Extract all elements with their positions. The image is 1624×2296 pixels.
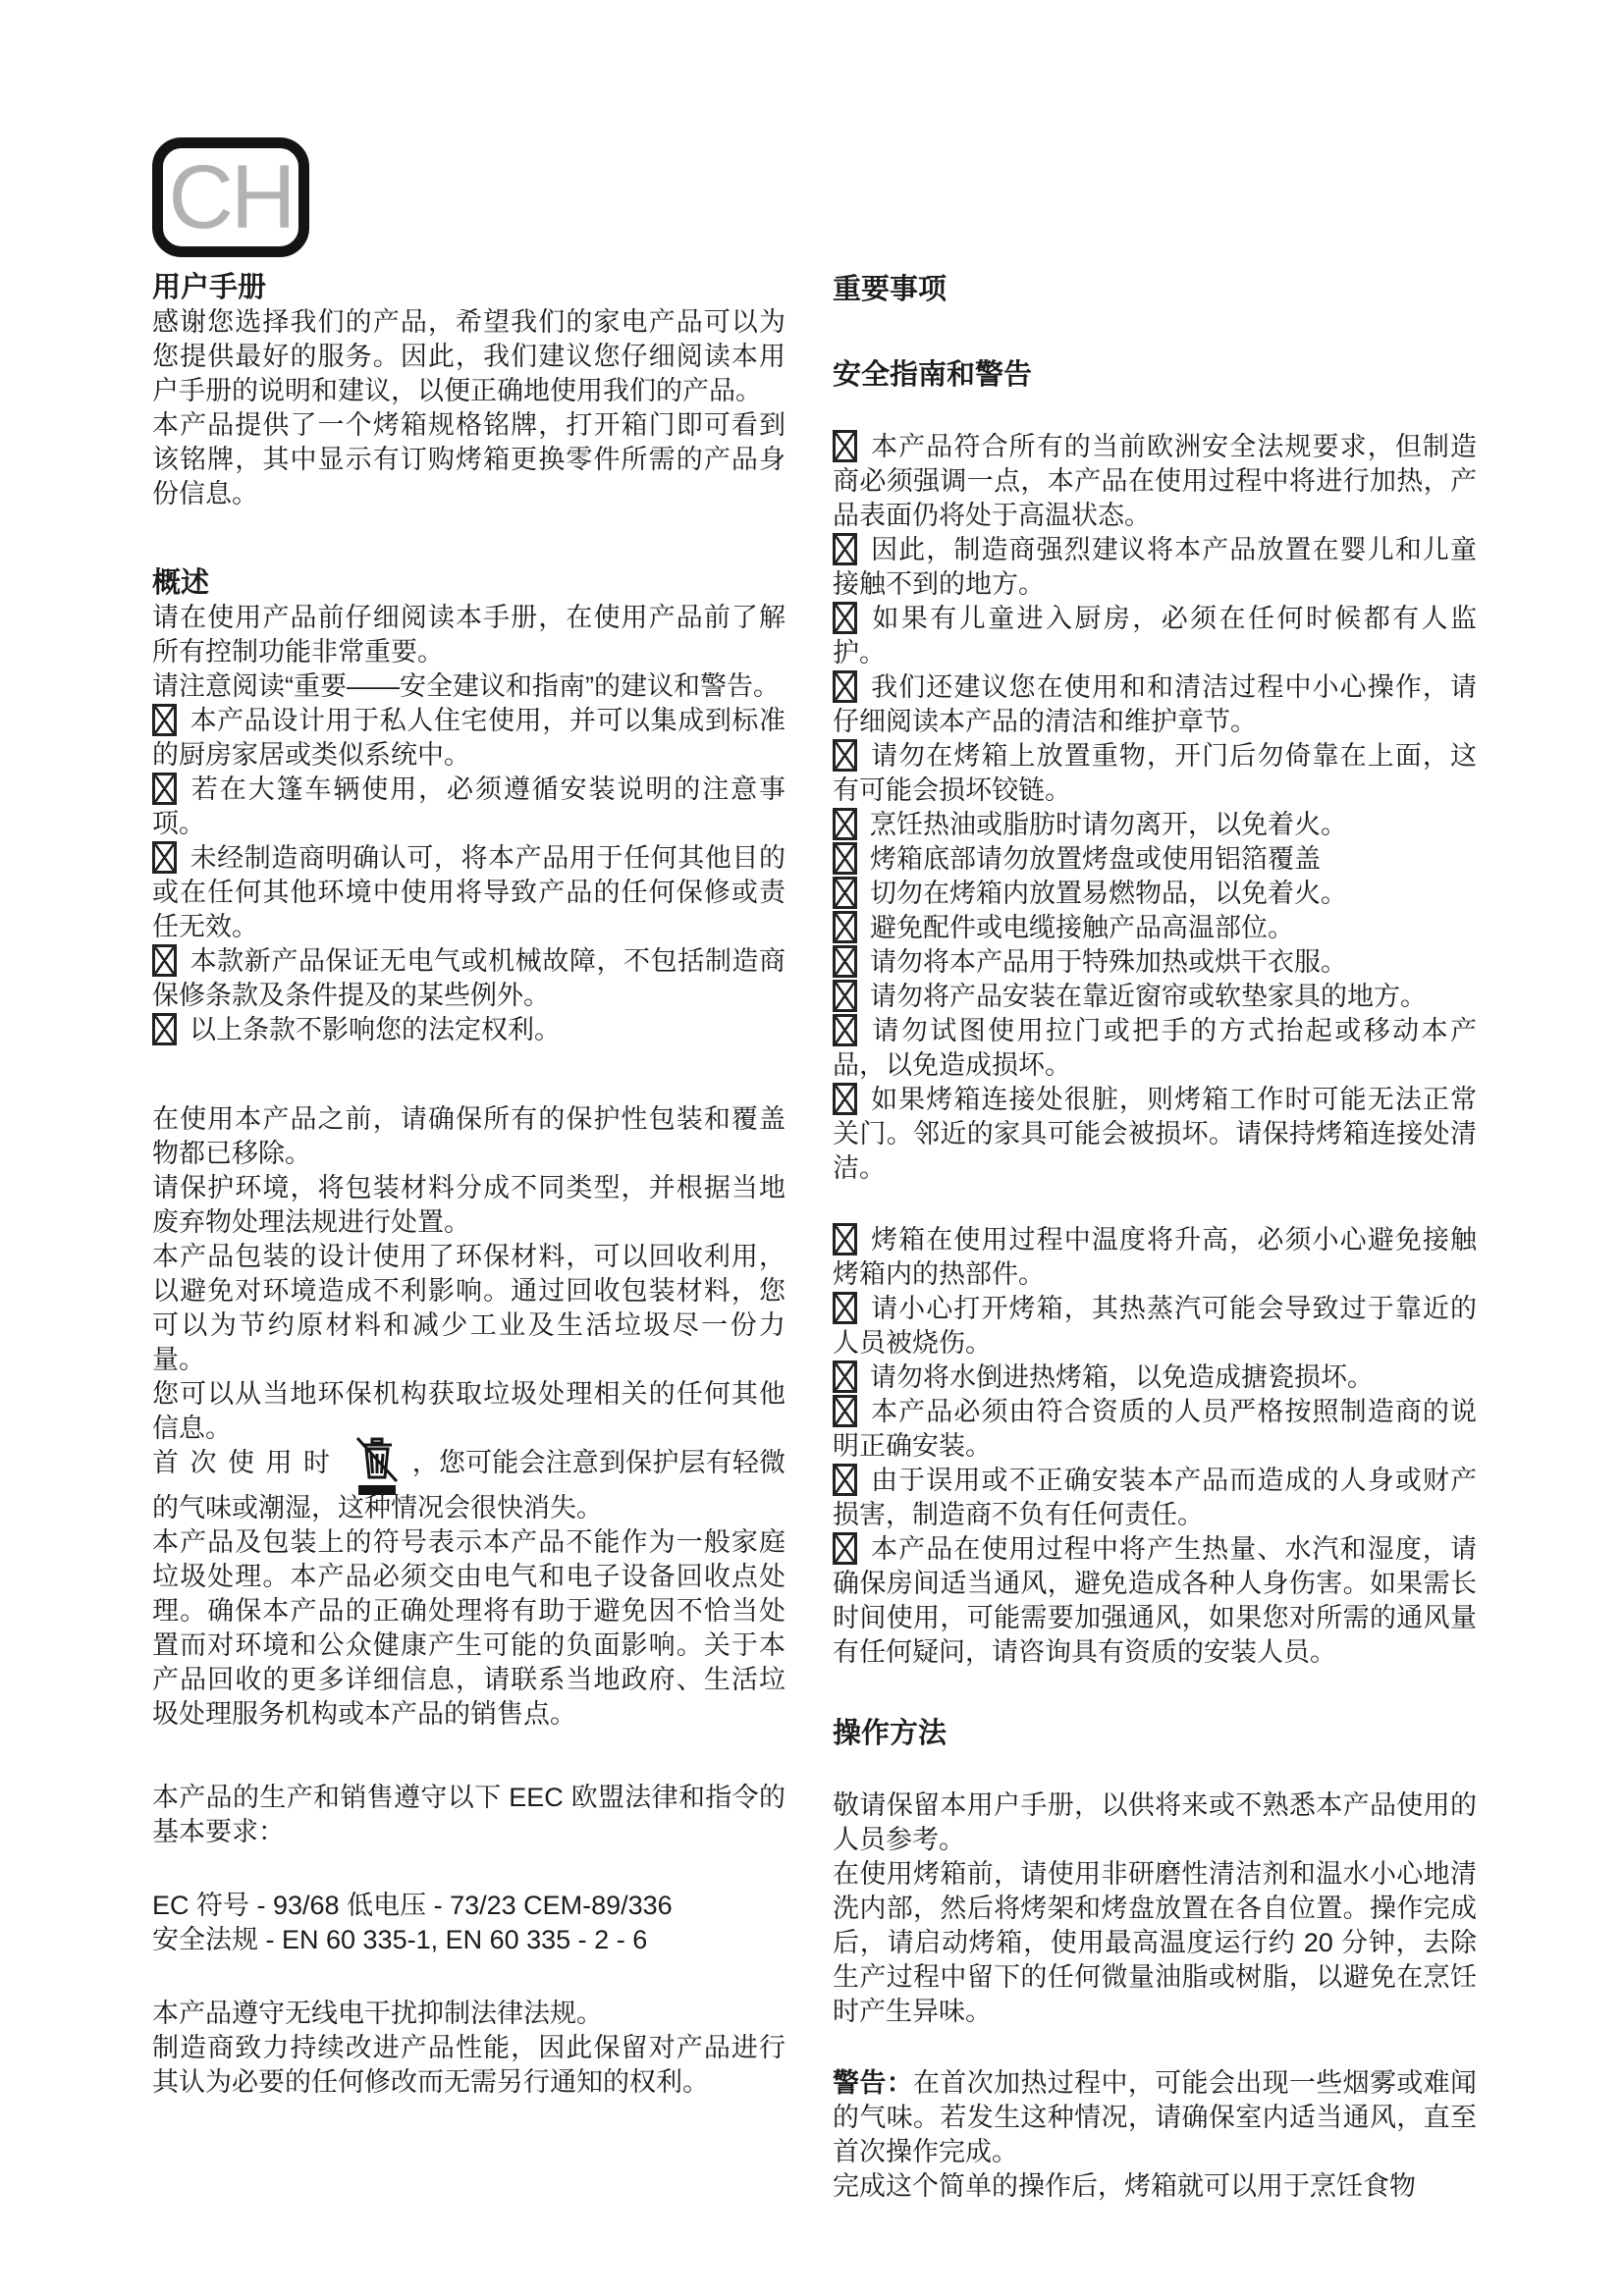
right-column: 重要事项 安全指南和警告 本产品符合所有的当前欧洲安全法规要求，但制造商必须强调…	[833, 0, 1477, 2204]
list-item: 请勿试图使用拉门或把手的方式抬起或移动本产品，以免造成损坏。	[833, 1014, 1477, 1083]
ballot-box-x-icon	[833, 739, 857, 772]
ballot-box-x-icon	[152, 704, 177, 736]
ballot-box-x-icon	[833, 842, 857, 875]
list-item-text: 由于误用或不正确安装本产品而造成的人身或财产损害，制造商不负有任何责任。	[833, 1466, 1477, 1529]
ballot-box-x-icon	[833, 1532, 857, 1565]
ballot-box-x-icon	[152, 944, 177, 977]
list-item: 烹饪热油或脂肪时请勿离开，以免着火。	[833, 808, 1477, 842]
section-title-safety: 安全指南和警告	[833, 358, 1477, 393]
list-item: 请勿将产品安装在靠近窗帘或软垫家具的地方。	[833, 980, 1477, 1014]
section-title-important: 重要事项	[833, 273, 1477, 307]
section-title-operation: 操作方法	[833, 1717, 1477, 1751]
list-item: 以上条款不影响您的法定权利。	[152, 1013, 785, 1047]
ballot-box-x-icon	[152, 841, 177, 874]
environment-paragraph: 您可以从当地环保机构获取垃圾处理相关的任何其他信息。	[152, 1377, 785, 1446]
list-item-text: 以上条款不影响您的法定权利。	[189, 1015, 561, 1044]
weee-paragraph: 本产品及包装上的符号表示本产品不能作为一般家庭垃圾处理。本产品必须交由电气和电子…	[152, 1525, 785, 1732]
ch-language-badge: CH	[152, 137, 309, 257]
ballot-box-x-icon	[833, 1014, 857, 1046]
ballot-box-x-icon	[833, 430, 857, 462]
ballot-box-x-icon	[833, 1361, 857, 1393]
ballot-box-x-icon	[833, 1083, 857, 1115]
first-use-prefix: 首次使用时	[152, 1448, 342, 1477]
list-item: 请小心打开烤箱，其热蒸汽可能会导致过于靠近的人员被烧伤。	[833, 1292, 1477, 1361]
ballot-box-x-icon	[833, 1395, 857, 1427]
list-item-text: 本产品符合所有的当前欧洲安全法规要求，但制造商必须强调一点，本产品在使用过程中将…	[833, 432, 1477, 530]
overview-paragraph: 请注意阅读“重要——安全建议和指南”的建议和警告。	[152, 669, 785, 704]
directive-line: 安全法规 - EN 60 335-1, EN 60 335 - 2 - 6	[152, 1923, 785, 1957]
weee-crossed-bin-icon	[350, 1434, 405, 1499]
ballot-box-x-icon	[833, 945, 857, 978]
ballot-box-x-icon	[833, 808, 857, 840]
list-item-text: 未经制造商明确认可，将本产品用于任何其他目的或在任何其他环境中使用将导致产品的任…	[152, 843, 785, 941]
page-title: 用户手册	[152, 271, 785, 305]
ballot-box-x-icon	[152, 1013, 177, 1045]
operation-paragraph: 在使用烤箱前，请使用非研磨性清洁剂和温水小心地清洗内部，然后将烤架和烤盘放置在各…	[833, 1857, 1477, 2029]
list-item-text: 如果有儿童进入厨房，必须在任何时候都有人监护。	[833, 604, 1477, 667]
list-item-text: 本产品设计用于私人住宅使用，并可以集成到标准的厨房家居或类似系统中。	[152, 706, 785, 770]
ballot-box-x-icon	[833, 1292, 857, 1324]
radio-paragraph: 本产品遵守无线电干扰抑制法律法规。	[152, 1997, 785, 2031]
list-item-text: 烤箱在使用过程中温度将升高，必须小心避免接触烤箱内的热部件。	[833, 1225, 1477, 1289]
warning-label: 警告：	[833, 2068, 913, 2098]
intro-paragraph: 感谢您选择我们的产品，希望我们的家电产品可以为您提供最好的服务。因此，我们建议您…	[152, 305, 785, 408]
list-item-text: 烹饪热油或脂肪时请勿离开，以免着火。	[870, 810, 1347, 839]
list-item-text: 请勿将水倒进热烤箱，以免造成搪瓷损坏。	[870, 1362, 1374, 1392]
list-item: 本款新产品保证无电气或机械故障，不包括制造商保修条款及条件提及的某些例外。	[152, 944, 785, 1013]
ch-logo-text: CH	[169, 152, 294, 242]
warning-text: 在首次加热过程中，可能会出现一些烟雾或难闻的气味。若发生这种情况，请确保室内适当…	[833, 2068, 1477, 2166]
eec-paragraph: 本产品的生产和销售遵守以下 EEC 欧盟法律和指令的基本要求：	[152, 1781, 785, 1849]
ballot-box-x-icon	[833, 877, 857, 909]
manual-page: CH 用户手册 感谢您选择我们的产品，希望我们的家电产品可以为您提供最好的服务。…	[0, 0, 1624, 2296]
list-item: 如果有儿童进入厨房，必须在任何时候都有人监护。	[833, 602, 1477, 670]
list-item-text: 如果烤箱连接处很脏，则烤箱工作时可能无法正常关门。邻近的家具可能会被损坏。请保持…	[833, 1085, 1477, 1183]
list-item: 如果烤箱连接处很脏，则烤箱工作时可能无法正常关门。邻近的家具可能会被损坏。请保持…	[833, 1083, 1477, 1186]
list-item: 未经制造商明确认可，将本产品用于任何其他目的或在任何其他环境中使用将导致产品的任…	[152, 841, 785, 944]
list-item: 本产品符合所有的当前欧洲安全法规要求，但制造商必须强调一点，本产品在使用过程中将…	[833, 430, 1477, 533]
list-item-text: 请勿在烤箱上放置重物，开门后勿倚靠在上面，这有可能会损坏铰链。	[833, 741, 1477, 805]
list-item: 避免配件或电缆接触产品高温部位。	[833, 911, 1477, 945]
list-item: 请勿将水倒进热烤箱，以免造成搪瓷损坏。	[833, 1361, 1477, 1395]
ballot-box-x-icon	[152, 773, 177, 805]
warning-paragraph: 警告：在首次加热过程中，可能会出现一些烟雾或难闻的气味。若发生这种情况，请确保室…	[833, 2066, 1477, 2169]
ballot-box-x-icon	[833, 911, 857, 943]
ballot-box-x-icon	[833, 1464, 857, 1496]
list-item-text: 避免配件或电缆接触产品高温部位。	[870, 913, 1294, 942]
list-item-text: 本产品必须由符合资质的人员严格按照制造商的说明正确安装。	[833, 1397, 1477, 1461]
list-item-text: 切勿在烤箱内放置易燃物品，以免着火。	[870, 879, 1347, 908]
closing-paragraph: 完成这个简单的操作后，烤箱就可以用于烹饪食物	[833, 2169, 1477, 2204]
list-item-text: 本产品在使用过程中将产生热量、水汽和湿度，请确保房间适当通风，避免造成各种人身伤…	[833, 1534, 1477, 1667]
list-item: 因此，制造商强烈建议将本产品放置在婴儿和儿童接触不到的地方。	[833, 533, 1477, 602]
overview-paragraph: 请在使用产品前仔细阅读本手册，在使用产品前了解所有控制功能非常重要。	[152, 601, 785, 669]
intro-paragraph: 本产品提供了一个烤箱规格铭牌，打开箱门即可看到该铭牌，其中显示有订购烤箱更换零件…	[152, 408, 785, 511]
safety-bullet-list-1: 本产品符合所有的当前欧洲安全法规要求，但制造商必须强调一点，本产品在使用过程中将…	[833, 430, 1477, 1186]
list-item: 请勿在烤箱上放置重物，开门后勿倚靠在上面，这有可能会损坏铰链。	[833, 739, 1477, 808]
safety-bullet-list-2: 烤箱在使用过程中温度将升高，必须小心避免接触烤箱内的热部件。 请小心打开烤箱，其…	[833, 1223, 1477, 1670]
ballot-box-x-icon	[833, 980, 857, 1012]
ballot-box-x-icon	[833, 533, 857, 565]
list-item: 烤箱底部请勿放置烤盘或使用铝箔覆盖	[833, 842, 1477, 877]
list-item: 若在大篷车辆使用，必须遵循安装说明的注意事项。	[152, 773, 785, 841]
list-item: 切勿在烤箱内放置易燃物品，以免着火。	[833, 877, 1477, 911]
list-item-text: 我们还建议您在使用和和清洁过程中小心操作，请仔细阅读本产品的清洁和维护章节。	[833, 672, 1477, 736]
list-item-text: 请小心打开烤箱，其热蒸汽可能会导致过于靠近的人员被烧伤。	[833, 1294, 1477, 1358]
list-item-text: 请勿将本产品用于特殊加热或烘干衣服。	[870, 947, 1347, 977]
list-item: 本产品设计用于私人住宅使用，并可以集成到标准的厨房家居或类似系统中。	[152, 704, 785, 773]
revision-paragraph: 制造商致力持续改进产品性能，因此保留对产品进行其认为必要的任何修改而无需另行通知…	[152, 2031, 785, 2100]
left-column: CH 用户手册 感谢您选择我们的产品，希望我们的家电产品可以为您提供最好的服务。…	[152, 0, 785, 2100]
list-item: 由于误用或不正确安装本产品而造成的人身或财产损害，制造商不负有任何责任。	[833, 1464, 1477, 1532]
environment-paragraph: 本产品包装的设计使用了环保材料，可以回收利用，以避免对环境造成不利影响。通过回收…	[152, 1240, 785, 1377]
overview-bullet-list: 本产品设计用于私人住宅使用，并可以集成到标准的厨房家居或类似系统中。 若在大篷车…	[152, 704, 785, 1047]
environment-paragraph: 在使用本产品之前，请确保所有的保护性包装和覆盖物都已移除。	[152, 1102, 785, 1171]
list-item-text: 本款新产品保证无电气或机械故障，不包括制造商保修条款及条件提及的某些例外。	[152, 946, 785, 1010]
list-item: 我们还建议您在使用和和清洁过程中小心操作，请仔细阅读本产品的清洁和维护章节。	[833, 670, 1477, 739]
list-item: 本产品必须由符合资质的人员严格按照制造商的说明正确安装。	[833, 1395, 1477, 1464]
list-item-text: 烤箱底部请勿放置烤盘或使用铝箔覆盖	[870, 844, 1321, 874]
ballot-box-x-icon	[833, 670, 857, 703]
list-item-text: 请勿试图使用拉门或把手的方式抬起或移动本产品，以免造成损坏。	[833, 1016, 1477, 1080]
list-item: 烤箱在使用过程中温度将升高，必须小心避免接触烤箱内的热部件。	[833, 1223, 1477, 1292]
operation-paragraph: 敬请保留本用户手册，以供将来或不熟悉本产品使用的人员参考。	[833, 1789, 1477, 1857]
ballot-box-x-icon	[833, 1223, 857, 1255]
section-title-overview: 概述	[152, 566, 785, 601]
environment-paragraph: 请保护环境，将包装材料分成不同类型，并根据当地废弃物处理法规进行处置。	[152, 1171, 785, 1240]
ballot-box-x-icon	[833, 602, 857, 634]
first-use-paragraph: 首次使用时 ，您可能会注意到保护层有轻微的气味或潮湿，这种情况会很快消失。	[152, 1446, 785, 1525]
list-item: 请勿将本产品用于特殊加热或烘干衣服。	[833, 945, 1477, 980]
list-item-text: 因此，制造商强烈建议将本产品放置在婴儿和儿童接触不到的地方。	[833, 535, 1477, 599]
list-item-text: 请勿将产品安装在靠近窗帘或软垫家具的地方。	[870, 982, 1427, 1011]
directive-line: EC 符号 - 93/68 低电压 - 73/23 CEM-89/336	[152, 1889, 785, 1923]
list-item: 本产品在使用过程中将产生热量、水汽和湿度，请确保房间适当通风，避免造成各种人身伤…	[833, 1532, 1477, 1670]
list-item-text: 若在大篷车辆使用，必须遵循安装说明的注意事项。	[152, 774, 785, 838]
